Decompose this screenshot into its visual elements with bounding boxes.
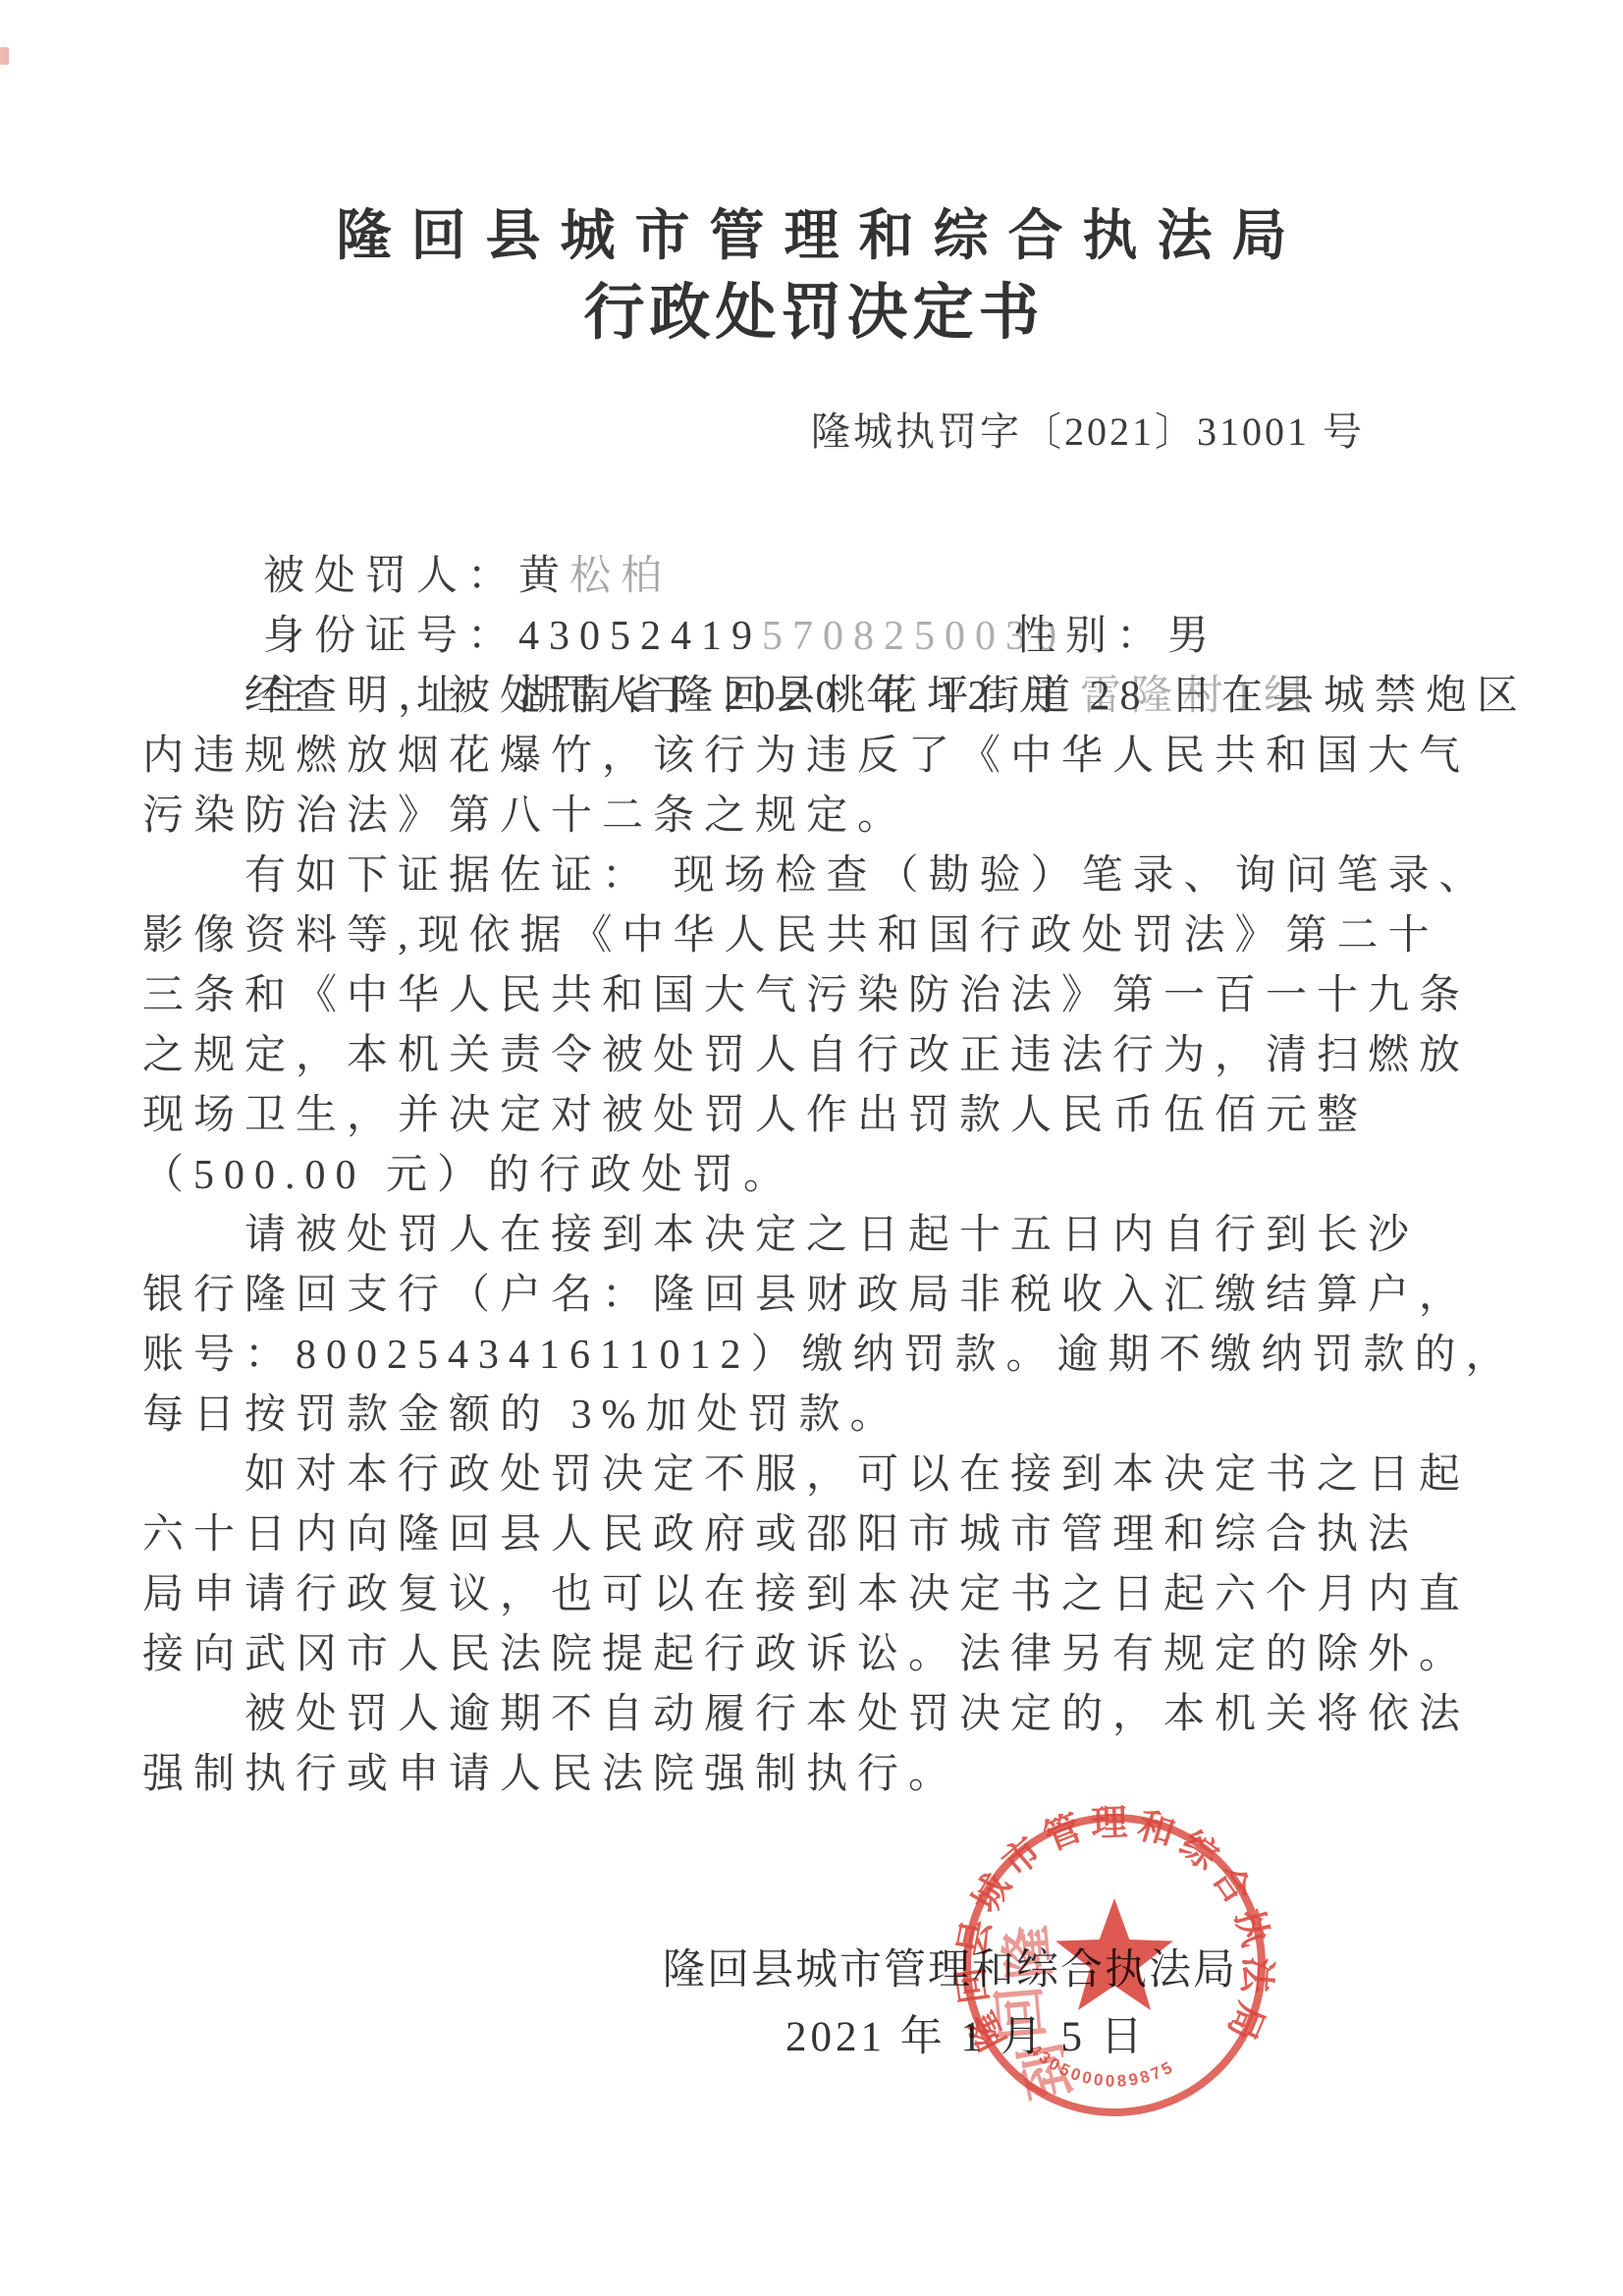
body-line: 被处罚人逾期不自动履行本处罚决定的，本机关将依法 (142, 1685, 1576, 1745)
body-line: （500.00 元）的行政处罚。 (142, 1146, 1576, 1206)
recipient-line: 被处罚人：黄松柏 性别：男 (142, 487, 1576, 547)
recipient-name-label: 被处罚人： (263, 554, 518, 599)
id-value: 43052419 (518, 614, 762, 659)
red-smudge-mark (0, 47, 9, 65)
gender-value: 男 (1167, 614, 1218, 659)
body-line: 强制执行或申请人民法院强制执行。 (142, 1745, 1576, 1805)
body-line: 每日按罚款金额的 3%加处罚款。 (142, 1386, 1576, 1446)
body-line: 账号：800254341611012）缴纳罚款。逾期不缴纳罚款的， (142, 1326, 1576, 1386)
signature-date: 2021 年 1 月 5 日 (785, 2003, 1147, 2063)
recipient-name: 黄 (518, 554, 569, 599)
body-line: 如对本行政处罚决定不服，可以在接到本决定书之日起 (142, 1446, 1576, 1505)
body-line: 内违规燃放烟花爆竹，该行为违反了《中华人民共和国大气 (142, 727, 1576, 787)
body-line: 影像资料等,现依据《中华人民共和国行政处罚法》第二十 (142, 906, 1576, 966)
body-line: 之规定，本机关责令被处罚人自行改正违法行为，清扫燃放 (142, 1026, 1576, 1086)
gender-block: 性别：男 (1014, 607, 1218, 667)
body-line: 经查明，被处罚人于 2020 年 12 月 28 日在县城禁炮区 (142, 667, 1576, 727)
id-label: 身份证号： (263, 614, 518, 659)
body-line: 三条和《中华人民共和国大气污染防治法》第一百一十九条 (142, 966, 1576, 1026)
recipient-name-faded: 松柏 (569, 554, 672, 599)
gender-label: 性别： (1014, 614, 1167, 659)
penalty-decision-document: 隆回县城市管理和综合执法局 行政处罚决定书 隆城执罚字〔2021〕31001 号… (0, 0, 1623, 2296)
document-body: 被处罚人：黄松柏 性别：男 身份证号：430524195708250030 住 … (142, 487, 1576, 1805)
document-title: 行政处罚决定书 (0, 263, 1623, 351)
body-line: 有如下证据佐证： 现场检查（勘验）笔录、询问笔录、 (142, 847, 1576, 906)
body-line: 接向武冈市人民法院提起行政诉讼。法律另有规定的除外。 (142, 1625, 1576, 1685)
body-line: 银行隆回支行（户名：隆回县财政局非税收入汇缴结算户， (142, 1266, 1576, 1326)
signature-agency: 隆回县城市管理和综合执法局 (663, 1937, 1237, 1996)
body-line: 现场卫生，并决定对被处罚人作出罚款人民币伍佰元整 (142, 1086, 1576, 1146)
body-paragraphs: 经查明，被处罚人于 2020 年 12 月 28 日在县城禁炮区内违规燃放烟花爆… (142, 667, 1576, 1805)
body-line: 局申请行政复议，也可以在接到本决定书之日起六个月内直 (142, 1565, 1576, 1625)
body-line: 六十日内向隆回县人民政府或邵阳市城市管理和综合执法 (142, 1505, 1576, 1565)
document-number: 隆城执罚字〔2021〕31001 号 (811, 401, 1365, 457)
agency-title: 隆回县城市管理和综合执法局 (0, 192, 1623, 271)
body-line: 请被处罚人在接到本决定之日起十五日内自行到长沙 (142, 1206, 1576, 1266)
body-line: 污染防治法》第八十二条之规定。 (142, 787, 1576, 847)
